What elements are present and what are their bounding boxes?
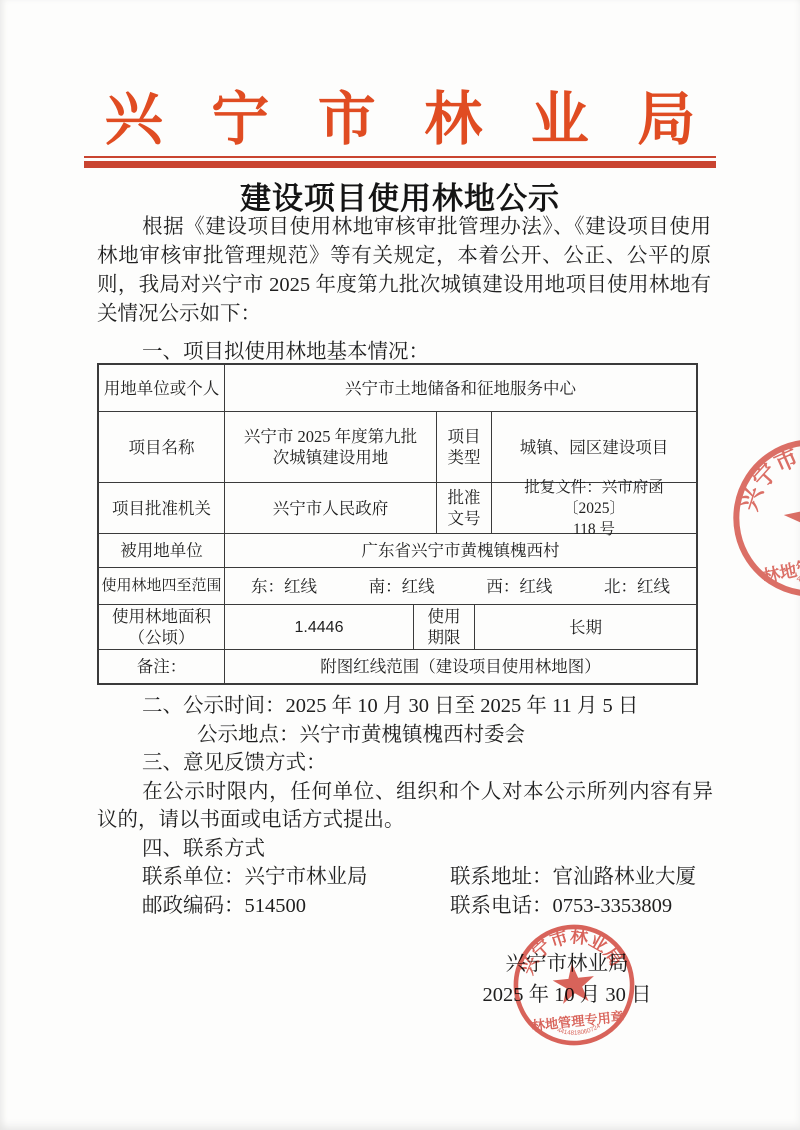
table-row: 用地单位或个人 兴宁市土地储备和征地服务中心 xyxy=(99,365,696,412)
table-row: 项目名称 兴宁市 2025 年度第九批 次城镇建设用地 项目 类型 城镇、园区建… xyxy=(99,412,696,483)
agency-letterhead-title: 兴 宁 市 林 业 局 xyxy=(0,72,800,156)
intro-paragraph: 根据《建设项目使用林地审核审批管理办法》、《建设项目使用林地审核审批管理规范》等… xyxy=(97,213,711,329)
seal-border xyxy=(722,428,800,608)
cell-value-area: 1.4446 xyxy=(225,605,414,649)
cell-value-project-type: 城镇、园区建设项目 xyxy=(492,412,696,482)
section3-heading: 三、意见反馈方式： xyxy=(97,749,713,778)
postal-code: 邮政编码：514500 xyxy=(97,892,450,921)
letterhead-rule-thin xyxy=(84,156,716,158)
cell-value-affected-unit: 广东省兴宁市黄槐镇槐西村 xyxy=(225,534,696,567)
section4-heading: 四、联系方式 xyxy=(97,835,713,864)
cell-value-approval-authority: 兴宁市人民政府 xyxy=(225,483,437,533)
boundary-east: 东：红线 xyxy=(251,576,317,597)
table-row: 使用林地四至范围 东：红线 南：红线 西：红线 北：红线 xyxy=(99,568,696,605)
cell-value-project-name: 兴宁市 2025 年度第九批 次城镇建设用地 xyxy=(225,412,437,482)
table-row: 被用地单位 广东省兴宁市黄槐镇槐西村 xyxy=(99,534,696,568)
star-icon xyxy=(780,485,800,546)
contact-phone: 联系电话：0753-3353809 xyxy=(450,892,713,921)
contact-address: 联系地址：官汕路林业大厦 xyxy=(450,863,713,892)
partial-seal-stamp: 兴宁市林业局 林地管理专用章 4414818060724 xyxy=(710,416,800,620)
notice-title: 建设项目使用林地公示 xyxy=(0,173,800,218)
boundary-south: 南：红线 xyxy=(369,576,435,597)
seal-label-text: 林地管理专用章 xyxy=(531,1008,624,1034)
signature-org: 兴宁市林业局 xyxy=(452,949,682,980)
contact-row-2: 邮政编码：514500 联系电话：0753-3353809 xyxy=(97,892,713,921)
table-row: 项目批准机关 兴宁市人民政府 批准 文号 批复文件：兴市府函〔2025〕 118… xyxy=(99,483,696,534)
seal-label-text: 林地管理专用章 xyxy=(761,542,800,587)
svg-text:4414818060724: 4414818060724 xyxy=(555,1022,602,1039)
cell-value-use-unit: 兴宁市土地储备和征地服务中心 xyxy=(225,365,696,411)
signature-block: 兴宁市林业局 2025 年 10 月 30 日 xyxy=(452,949,682,1011)
table-row: 备注： 附图红线范围（建设项目使用林地图） xyxy=(99,650,696,683)
section1-heading: 一、项目拟使用林地基本情况： xyxy=(97,334,711,364)
seal-serial-number: 4414818060724 xyxy=(794,562,800,589)
cell-label-use-unit: 用地单位或个人 xyxy=(99,365,225,411)
contact-row-1: 联系单位：兴宁市林业局 联系地址：官汕路林业大厦 xyxy=(97,863,713,892)
contact-unit: 联系单位：兴宁市林业局 xyxy=(97,863,450,892)
boundary-north: 北：红线 xyxy=(604,576,670,597)
cell-label-use-term: 使用 期限 xyxy=(414,605,475,649)
cell-value-use-term: 长期 xyxy=(475,605,696,649)
notice-sections: 二、公示时间：2025 年 10 月 30 日至 2025 年 11 月 5 日… xyxy=(97,692,713,920)
land-use-table: 用地单位或个人 兴宁市土地储备和征地服务中心 项目名称 兴宁市 2025 年度第… xyxy=(97,363,698,685)
signature-date: 2025 年 10 月 30 日 xyxy=(452,980,682,1011)
publicity-time: 二、公示时间：2025 年 10 月 30 日至 2025 年 11 月 5 日 xyxy=(97,692,713,721)
cell-value-approval-doc-no: 批复文件：兴市府函〔2025〕 118 号 xyxy=(492,483,696,533)
publicity-place: 公示地点：兴宁市黄槐镇槐西村委会 xyxy=(97,721,713,750)
cell-label-approval-authority: 项目批准机关 xyxy=(99,483,225,533)
letterhead-rule-thick xyxy=(84,161,716,168)
svg-text:4414818060724: 4414818060724 xyxy=(794,562,800,589)
scanned-notice-page: 兴 宁 市 林 业 局 建设项目使用林地公示 根据《建设项目使用林地审核审批管理… xyxy=(0,0,800,1130)
boundary-west: 西：红线 xyxy=(486,576,552,597)
table-row: 使用林地面积 （公顷） 1.4446 使用 期限 长期 xyxy=(99,605,696,650)
seal-ring-text: 兴宁市林业局 xyxy=(727,429,800,519)
cell-label-affected-unit: 被用地单位 xyxy=(99,534,225,567)
cell-value-boundary: 东：红线 南：红线 西：红线 北：红线 xyxy=(225,568,696,604)
cell-value-remarks: 附图红线范围（建设项目使用林地图） xyxy=(225,650,696,683)
cell-label-project-name: 项目名称 xyxy=(99,412,225,482)
cell-label-project-type: 项目 类型 xyxy=(437,412,492,482)
seal-serial-number: 4414818060724 xyxy=(555,1022,602,1039)
cell-label-remarks: 备注： xyxy=(99,650,225,683)
feedback-paragraph: 在公示时限内，任何单位、组织和个人对本公示所列内容有异议的，请以书面或电话方式提… xyxy=(97,778,713,835)
svg-text:兴宁市林业局: 兴宁市林业局 xyxy=(727,429,800,519)
cell-label-approval-doc-no: 批准 文号 xyxy=(437,483,492,533)
cell-label-area: 使用林地面积 （公顷） xyxy=(99,605,225,649)
cell-label-boundary: 使用林地四至范围 xyxy=(99,568,225,604)
